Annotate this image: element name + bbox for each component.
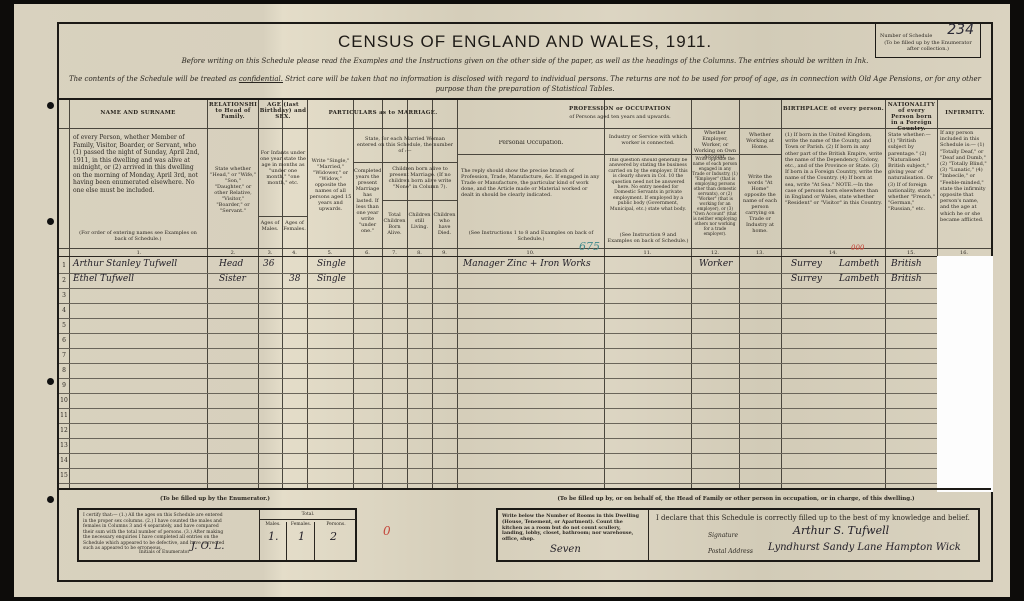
row-number: 11 <box>59 412 69 419</box>
row-number: 12 <box>59 427 69 434</box>
col-num: 11. <box>604 250 691 256</box>
males-label: Males. <box>260 522 286 528</box>
females-total: 1 <box>298 534 305 540</box>
instructions-ink: Before writing on this Schedule please r… <box>59 57 991 65</box>
redacted-infirmity-column <box>937 256 993 492</box>
header-home: Whether Working at Home. <box>740 132 780 150</box>
col-num: 14. <box>781 250 885 256</box>
header-personal-occupation: Personal Occupation. <box>459 140 603 146</box>
birthplace-town: Lambeth <box>839 259 879 269</box>
header-marriage-condition: Write "Single," "Married," "Widower," or… <box>309 158 352 212</box>
males-total: 1. <box>268 534 279 540</box>
table-row: 11 <box>59 408 937 424</box>
header-employer-desc: Write opposite the name of each person e… <box>692 156 738 236</box>
header-children-total: Total Children Born Alive. <box>383 212 406 236</box>
table-row: 10 <box>59 393 937 409</box>
row-number: 2 <box>59 277 69 284</box>
header-occupation: PROFESSION or OCCUPATION <box>459 106 781 112</box>
marital-condition: Single <box>317 259 346 269</box>
header-name-note: (For order of entering names see Example… <box>73 230 203 242</box>
table-row: 14 <box>59 453 937 469</box>
table-row: 9 <box>59 378 937 394</box>
schedule-number: 234 <box>947 22 974 38</box>
header-divider <box>353 162 457 163</box>
declaration-text: I declare that this Schedule is correctl… <box>656 514 970 522</box>
row-number: 8 <box>59 367 69 374</box>
schedule-number-box: 234 Number of Schedule (To be filled up … <box>875 24 981 58</box>
row-number: 6 <box>59 337 69 344</box>
header-marriage-state: State, for each Married Woman entered on… <box>355 136 455 154</box>
header-age: AGE (last Birthday) and SEX. <box>259 102 307 120</box>
table-row: 1 Arthur Stanley Tufwell Head 36 Single … <box>59 258 937 274</box>
age-female: 38 <box>289 274 300 284</box>
col-num: 9. <box>432 250 457 256</box>
row-number: 1 <box>59 262 69 269</box>
confidential-word: confidential. <box>239 75 283 83</box>
row-number: 5 <box>59 322 69 329</box>
row-number: 13 <box>59 442 69 449</box>
row-number: 3 <box>59 292 69 299</box>
occupation-code-annotation: 675 <box>579 240 600 253</box>
nationality: British <box>891 274 922 284</box>
header-children-living: Children still Living. <box>408 212 431 230</box>
header-age-males: Ages of Males. <box>259 220 281 232</box>
col-num: 3. <box>258 250 282 256</box>
header-name: NAME AND SURNAME <box>71 110 205 116</box>
header-marriage-children: Children born alive to present Marriage.… <box>384 166 456 190</box>
table-row: 15 <box>59 468 937 484</box>
person-name: Arthur Stanley Tufwell <box>73 259 177 269</box>
schedule-number-note: (To be filled up by the Enumerator after… <box>880 40 976 52</box>
enumerator-initials-label: Initials of Enumerator <box>139 550 190 556</box>
row-number: 14 <box>59 457 69 464</box>
col-num: 13. <box>739 250 781 256</box>
employment-status: Worker <box>699 259 732 269</box>
table-row: 4 <box>59 303 937 319</box>
birthplace-code-annotation: 0̶0̶0̶ <box>851 244 864 252</box>
nationality: British <box>891 259 922 269</box>
header-children-died: Children who have Died. <box>433 212 456 236</box>
birthplace-county: Surrey <box>791 259 822 269</box>
table-row: 2 Ethel Tufwell Sister 38 Single Surrey … <box>59 273 937 289</box>
rooms-count: Seven <box>550 544 581 555</box>
header-personal-desc: The reply should show the precise branch… <box>461 168 601 198</box>
rooms-instruction: Write below the Number of Rooms in this … <box>502 514 644 543</box>
header-birthplace: BIRTHPLACE of every person. <box>783 106 884 112</box>
table-row: 7 <box>59 348 937 364</box>
row-number: 4 <box>59 307 69 314</box>
age-male: 36 <box>263 259 274 269</box>
col-num: 6. <box>353 250 382 256</box>
header-divider <box>59 256 991 257</box>
schedule-frame: CENSUS OF ENGLAND AND WALES, 1911. Befor… <box>57 22 993 582</box>
marital-condition: Single <box>317 274 346 284</box>
header-divider <box>258 216 307 217</box>
signature-label: Signature <box>708 532 738 539</box>
enumerator-section-title: (To be filled up by the Enumerator.) <box>77 496 353 502</box>
census-schedule-page: CENSUS OF ENGLAND AND WALES, 1911. Befor… <box>14 4 1010 597</box>
col-num: 5. <box>307 250 353 256</box>
header-nationality-desc: State whether:— (1) "British subject by … <box>888 132 935 213</box>
col-num: 7. <box>382 250 407 256</box>
postal-address: Lyndhurst Sandy Lane Hampton Wick <box>768 542 961 553</box>
punch-hole <box>47 218 54 225</box>
header-marriage: PARTICULARS as to MARRIAGE. <box>309 110 457 116</box>
header-industry-desc: This question should generally be answer… <box>607 158 689 212</box>
row-number: 7 <box>59 352 69 359</box>
header-age-females: Ages of Females. <box>283 220 306 232</box>
personal-occupation: Manager Zinc + Iron Works <box>463 259 591 269</box>
signature: Arthur S. Tufwell <box>793 524 889 537</box>
birthplace-county: Surrey <box>791 274 822 284</box>
schedule-footer: (To be filled up by the Enumerator.) I c… <box>59 488 991 582</box>
col-num: 8. <box>407 250 432 256</box>
schedule-number-label: Number of Schedule <box>880 33 932 39</box>
col-num: 12. <box>691 250 739 256</box>
header-industry-note: (See Instruction 9 and Examples on back … <box>607 232 689 244</box>
instructions-text: Strict care will be taken that no inform… <box>283 75 981 93</box>
table-row: 3 <box>59 288 937 304</box>
row-number: 10 <box>59 397 69 404</box>
table-row: 6 <box>59 333 937 349</box>
col-num: 1. <box>71 250 207 256</box>
red-mark: 0 <box>383 524 391 538</box>
col-num: 15. <box>885 250 937 256</box>
enumerator-initials: J. O. L. <box>191 544 224 550</box>
postal-address-label: Postal Address <box>708 548 753 555</box>
punch-hole <box>47 378 54 385</box>
table-row: 12 <box>59 423 937 439</box>
instructions-text: The contents of the Schedule will be tre… <box>69 75 239 83</box>
header-divider <box>382 200 457 201</box>
birthplace-town: Lambeth <box>839 274 879 284</box>
col-num: 4. <box>282 250 307 256</box>
head-of-family-box: Write below the Number of Rooms in this … <box>496 508 980 562</box>
relationship: Head <box>219 259 243 269</box>
table-row: 13 <box>59 438 937 454</box>
head-of-family-section-title: (To be filled up by, or on behalf of, th… <box>496 496 976 502</box>
col-num: 2. <box>208 250 258 256</box>
header-infirmity: INFIRMITY. <box>939 110 991 116</box>
enumerator-certification-box: I certify that:— (1.) All the ages on th… <box>77 508 357 562</box>
header-relationship: RELATIONSHIP to Head of Family. <box>209 102 257 120</box>
header-age-desc: For Infants under one year state the age… <box>259 150 307 186</box>
header-divider <box>59 128 991 129</box>
punch-hole <box>47 102 54 109</box>
document-title: CENSUS OF ENGLAND AND WALES, 1911. <box>59 32 991 52</box>
header-nationality: NATIONALITY of every Person born in a Fo… <box>887 102 936 132</box>
totals-label: Total. <box>260 512 356 518</box>
header-home-desc: Write the words "At Home" opposite the n… <box>740 174 780 234</box>
header-occupation-sub: of Persons aged ten years and upwards. <box>459 114 781 120</box>
person-name: Ethel Tufwell <box>73 274 134 284</box>
header-birthplace-desc: (1) If born in the United Kingdom, write… <box>785 132 883 206</box>
header-marriage-years: Completed years the present Marriage has… <box>354 168 381 234</box>
table-row: 5 <box>59 318 937 334</box>
row-number: 15 <box>59 472 69 479</box>
instructions-confidential: The contents of the Schedule will be tre… <box>69 74 981 94</box>
header-relationship-desc: State whether "Head," or "Wife," "Son," … <box>210 166 256 214</box>
header-name-desc: of every Person, whether Member of Famil… <box>73 134 203 194</box>
row-number: 9 <box>59 382 69 389</box>
header-industry: Industry or Service with which worker is… <box>606 134 690 146</box>
totals-table: Total. Males. Females. Persons. 1. 1 2 <box>259 510 356 560</box>
header-infirmity-desc: If any person included in this Schedule … <box>940 130 989 223</box>
punch-hole <box>47 496 54 503</box>
persons-total: 2 <box>330 534 337 540</box>
relationship: Sister <box>219 274 246 284</box>
table-row: 8 <box>59 363 937 379</box>
census-table: NAME AND SURNAME of every Person, whethe… <box>59 98 991 100</box>
